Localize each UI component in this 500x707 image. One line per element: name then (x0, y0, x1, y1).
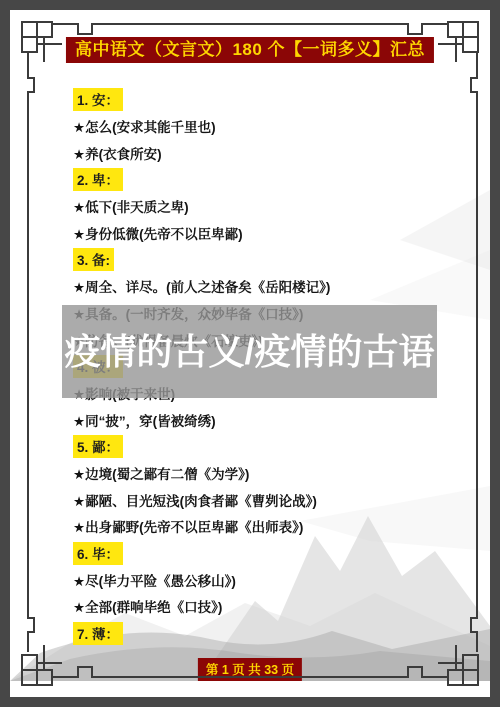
section-heading: 1. 安： (73, 88, 123, 111)
entry-line: ★同“披”，穿(皆被绮绣) (73, 406, 477, 433)
section-heading: 3. 备: (73, 248, 114, 271)
watermark-overlay: 疫情的古义/疫情的古语 (62, 305, 437, 398)
section-heading-row: 1. 安： (73, 86, 477, 113)
fret-corner-bottom-right (438, 645, 478, 685)
entry-line: ★尽(毕力平险《愚公移山》) (73, 566, 477, 593)
entry-line: ★身份低微(先帝不以臣卑鄙) (73, 219, 477, 246)
border-left (28, 52, 34, 652)
fret-corner-top-left (22, 22, 62, 62)
worksheet-page: 高中语文（文言文）180 个【一词多义】汇总 1. 安：★怎么(安求其能千里也)… (10, 10, 490, 697)
entry-line: ★出身鄙野(先帝不以臣卑鄙《出师表》) (73, 513, 477, 540)
entry-line: ★边境(蜀之鄙有二僧《为学》) (73, 460, 477, 487)
entry-line: ★养(衣食所安) (73, 139, 477, 166)
section-heading-row: 3. 备: (73, 246, 477, 273)
section-heading: 6. 毕： (73, 542, 123, 565)
page-number-badge: 第 1 页 共 33 页 (198, 658, 302, 681)
section-heading-row: 7. 薄： (73, 620, 477, 647)
entry-line: ★低下(非天质之卑) (73, 193, 477, 220)
section-heading: 7. 薄： (73, 622, 123, 645)
section-heading: 2. 卑： (73, 168, 123, 191)
fret-corner-top-right (438, 22, 478, 62)
entry-line: ★怎么(安求其能千里也) (73, 113, 477, 140)
section-heading-row: 5. 鄙： (73, 433, 477, 460)
watermark-text: 疫情的古义/疫情的古语 (62, 330, 437, 373)
entry-line: ★周全、详尽。(前人之述备矣《岳阳楼记》) (73, 273, 477, 300)
entry-line: ★全部(群响毕绝《口技》) (73, 593, 477, 620)
section-heading-row: 2. 卑： (73, 166, 477, 193)
image-frame: 高中语文（文言文）180 个【一词多义】汇总 1. 安：★怎么(安求其能千里也)… (0, 0, 500, 707)
section-heading: 5. 鄙： (73, 435, 123, 458)
section-heading-row: 6. 毕： (73, 540, 477, 567)
border-top (52, 24, 448, 34)
entry-line: ★鄙陋、目光短浅(肉食者鄙《曹刿论战》) (73, 486, 477, 513)
page-title: 高中语文（文言文）180 个【一词多义】汇总 (66, 37, 434, 63)
fret-corner-bottom-left (22, 645, 62, 685)
